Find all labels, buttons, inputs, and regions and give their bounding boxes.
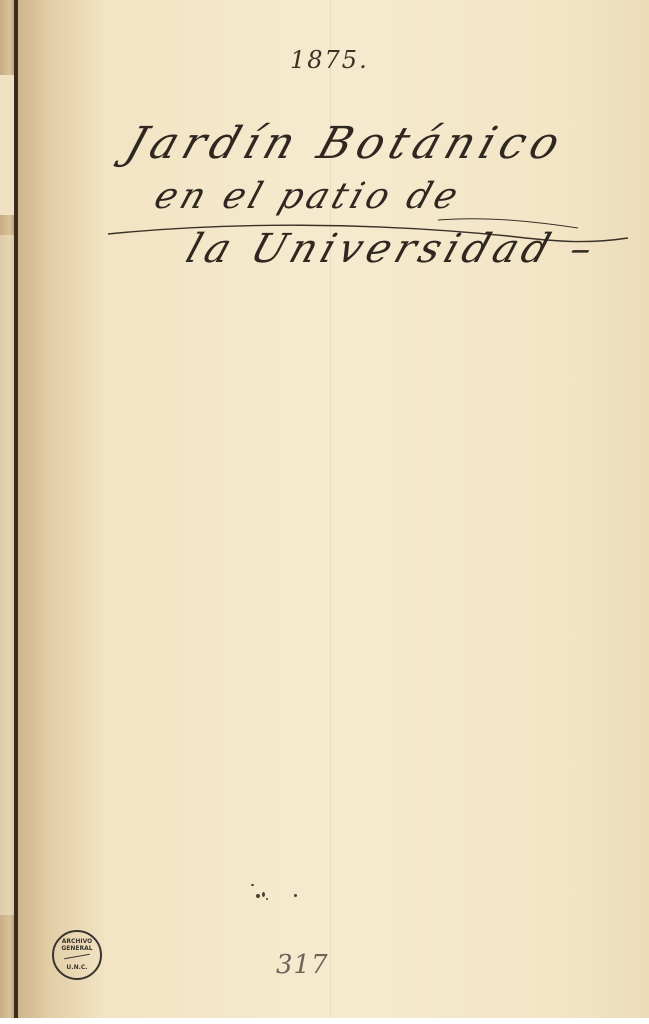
binding-strip [0, 235, 14, 915]
archive-stamp: ARCHIVO GENERAL U.N.C. [52, 930, 102, 980]
scanned-document: 1875. Jardín Botánico en el patio de la … [0, 0, 649, 1018]
stamp-bottom-text: U.N.C. [54, 964, 100, 971]
ink-spots [248, 884, 278, 914]
handwritten-title: Jardín Botánico en el patio de la Univer… [108, 118, 638, 288]
stamp-line [64, 954, 90, 959]
title-line-3: la Universidad – [181, 226, 604, 272]
folio-number: 317 [276, 950, 329, 980]
title-line-2: en el patio de [149, 176, 466, 217]
binding-strip [0, 75, 14, 215]
title-line-1: Jardín Botánico [120, 118, 572, 169]
document-year: 1875. [290, 46, 369, 74]
document-page: 1875. Jardín Botánico en el patio de la … [18, 0, 649, 1018]
stamp-top-text: ARCHIVO GENERAL [54, 938, 100, 952]
